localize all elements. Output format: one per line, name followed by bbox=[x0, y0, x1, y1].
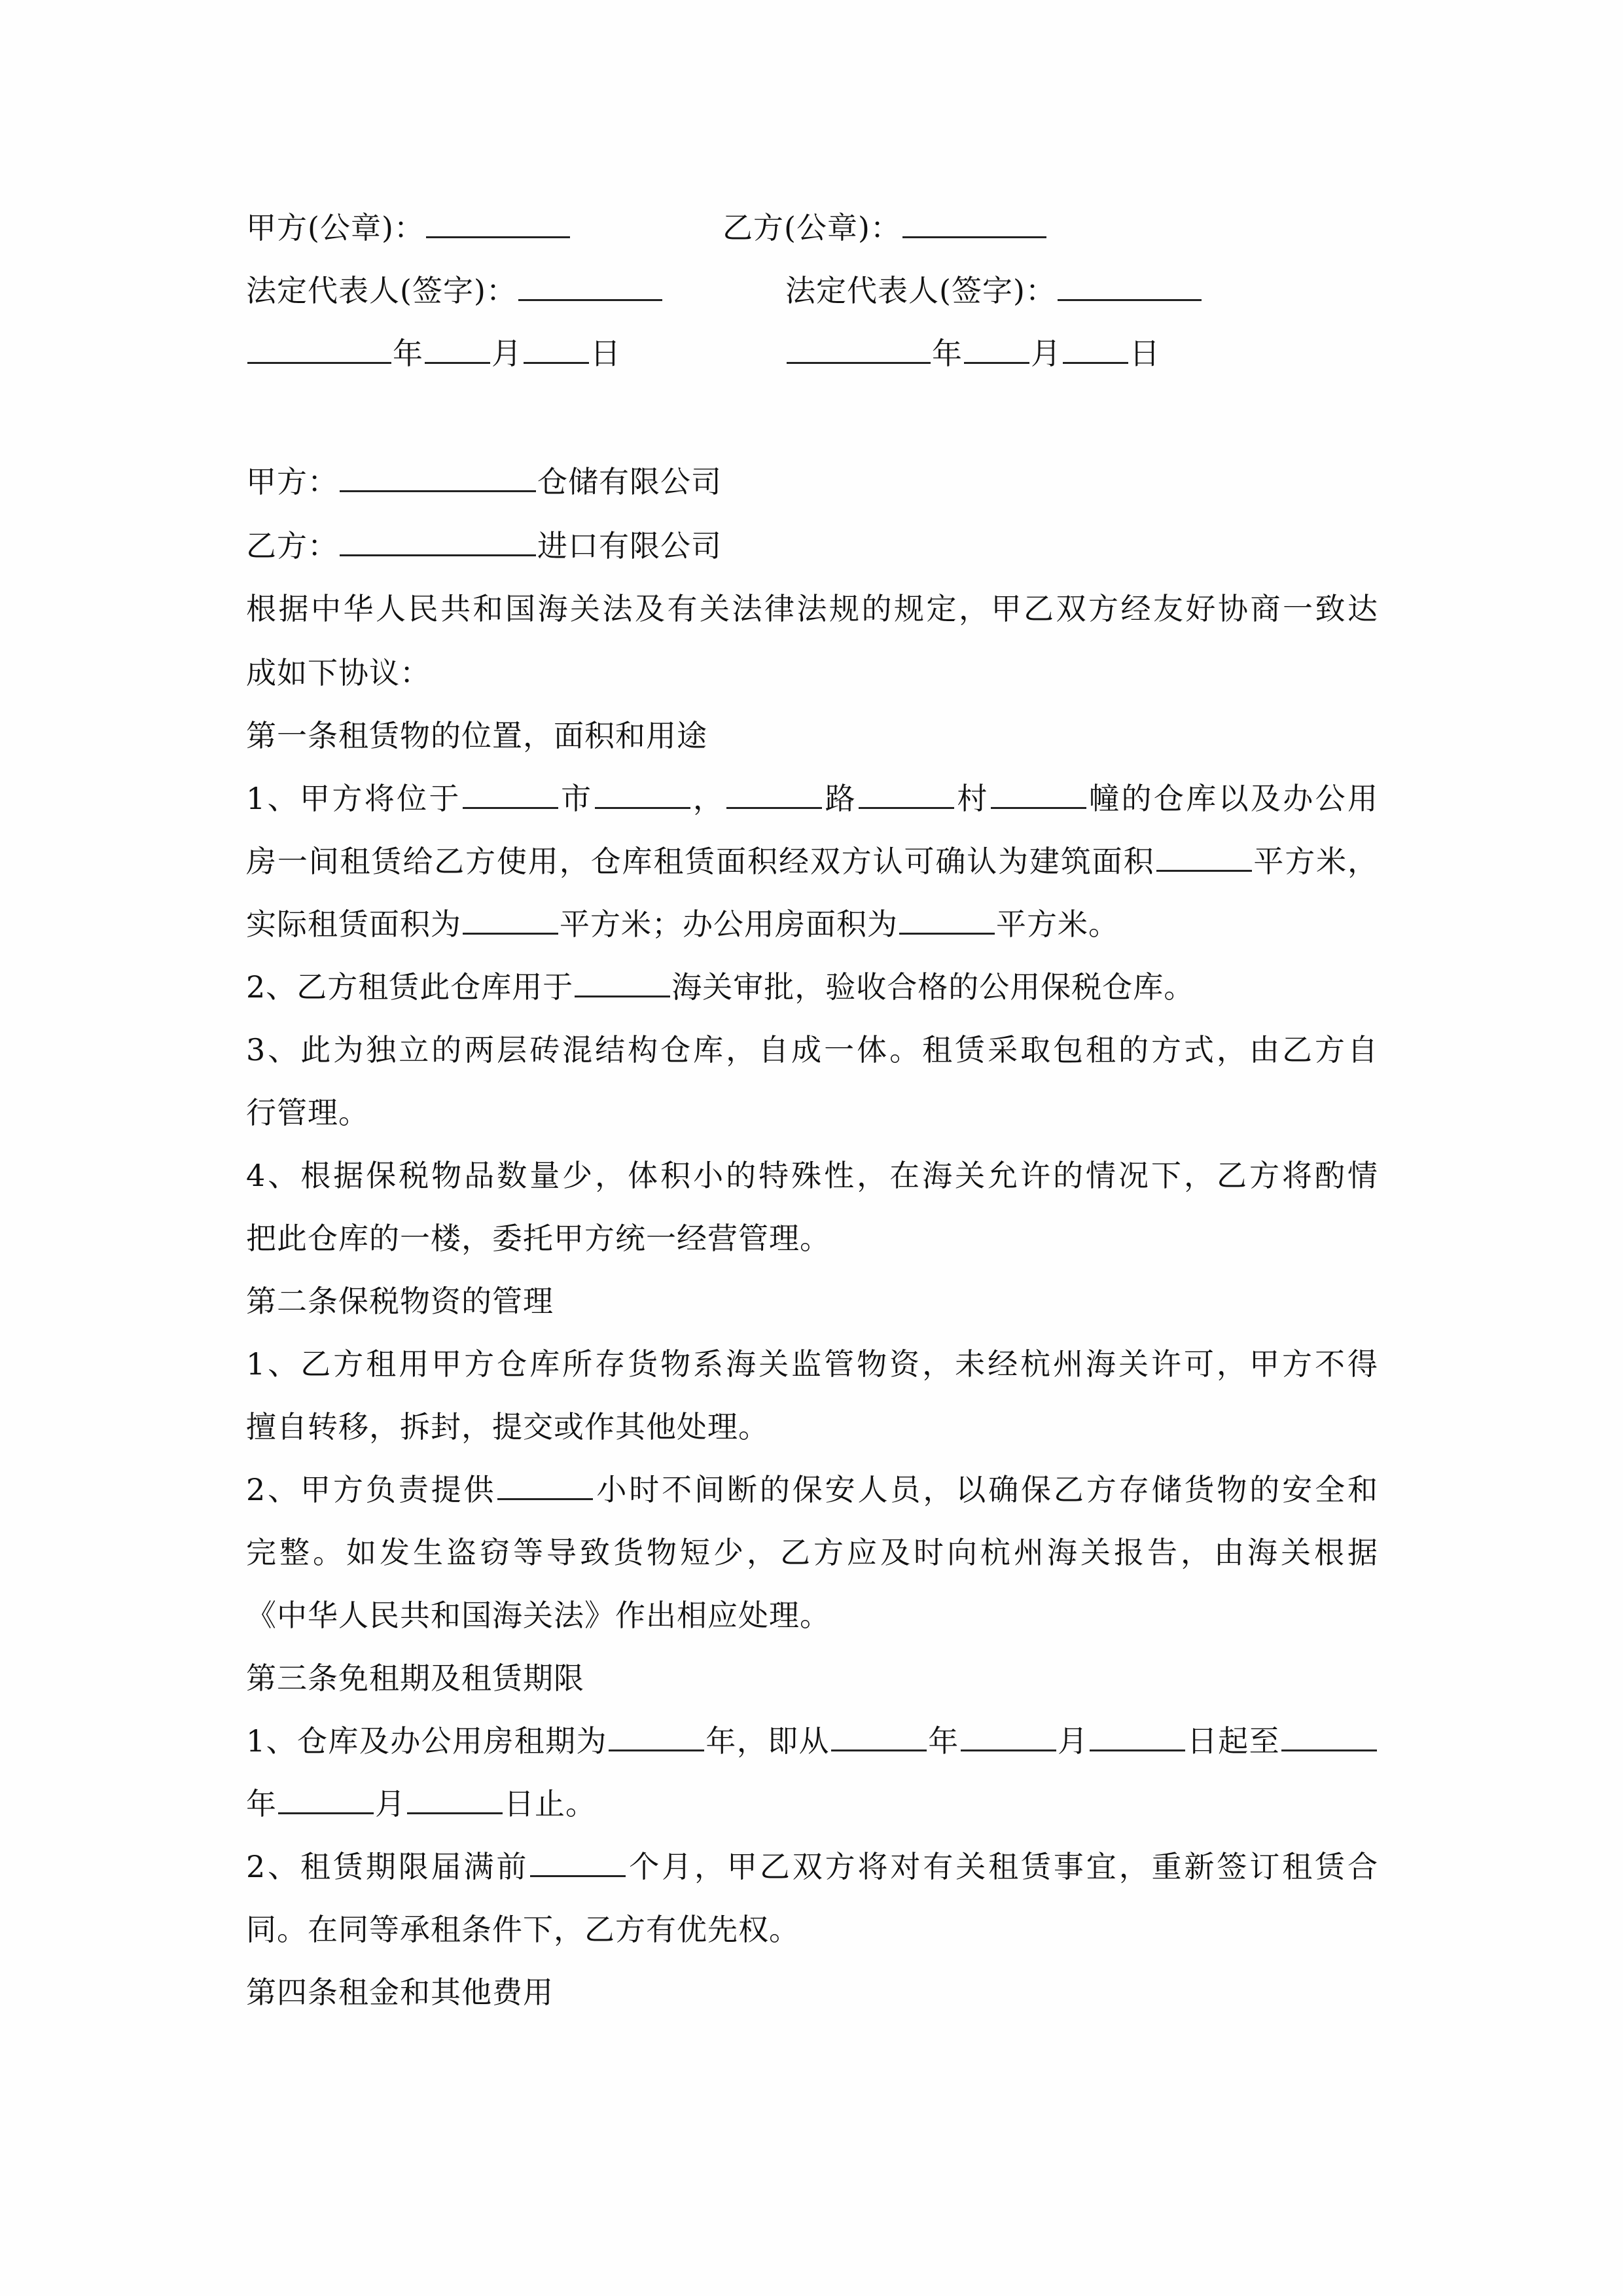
actual-area-blank[interactable] bbox=[463, 906, 558, 935]
text-segment: 房一间租赁给乙方使用，仓库租赁面积经双方认可确认为建筑面积 bbox=[246, 844, 1155, 879]
article-1-clause-3-line-2: 行管理。 bbox=[246, 1093, 369, 1132]
party-b-seal-label: 乙方(公章)： bbox=[722, 210, 901, 245]
village-blank[interactable] bbox=[859, 781, 954, 809]
end-month-blank[interactable] bbox=[278, 1786, 374, 1814]
date-b-year-blank[interactable] bbox=[787, 336, 931, 364]
legal-rep-b-label: 法定代表人(签字)： bbox=[785, 273, 1056, 308]
preamble-line-1: 根据中华人民共和国海关法及有关法律法规的规定，甲乙双方经友好协商一致达 bbox=[246, 589, 1378, 628]
date-b-row: 年月日 bbox=[785, 334, 1160, 373]
article-3-clause-1-line-2: 年月日止。 bbox=[246, 1784, 596, 1823]
article-1-clause-2: 2、乙方租赁此仓库用于海关审批，验收合格的公用保税仓库。 bbox=[246, 967, 1194, 1007]
party-b-row: 乙方：进口有限公司 bbox=[246, 526, 722, 565]
text-segment: 年 bbox=[928, 1723, 959, 1759]
date-b-day-blank[interactable] bbox=[1063, 336, 1128, 364]
party-b-seal-blank[interactable] bbox=[902, 210, 1046, 238]
text-segment: 年 bbox=[246, 1786, 277, 1821]
legal-rep-b-row: 法定代表人(签字)： bbox=[785, 271, 1203, 310]
hours-blank[interactable] bbox=[497, 1472, 593, 1500]
article-2-clause-2-line-3: 《中华人民共和国海关法》作出相应处理。 bbox=[246, 1596, 830, 1635]
year-label: 年 bbox=[393, 336, 423, 371]
day-label: 日 bbox=[1130, 336, 1160, 371]
text-segment: 月 bbox=[1058, 1723, 1089, 1759]
day-label: 日 bbox=[590, 336, 621, 371]
article-3-title: 第三条免租期及租赁期限 bbox=[246, 1659, 584, 1698]
party-a-seal-blank[interactable] bbox=[426, 210, 570, 238]
legal-rep-a-blank[interactable] bbox=[518, 273, 662, 301]
party-a-label: 甲方： bbox=[246, 464, 338, 499]
year-label: 年 bbox=[932, 336, 963, 371]
text-segment: 村 bbox=[955, 781, 990, 816]
article-4-title: 第四条租金和其他费用 bbox=[246, 1973, 554, 2012]
preamble-line-2: 成如下协议： bbox=[246, 653, 431, 692]
article-2-clause-2-line-2: 完整。如发生盗窃等导致货物短少，乙方应及时向杭州海关报告，由海关根据 bbox=[246, 1533, 1378, 1572]
article-1-clause-4-line-1: 4、根据保税物品数量少，体积小的特殊性，在海关允许的情况下，乙方将酌情 bbox=[246, 1156, 1378, 1195]
article-2-clause-2-line-1: 2、甲方负责提供小时不间断的保安人员，以确保乙方存储货物的安全和 bbox=[246, 1470, 1378, 1509]
article-1-clause-4-line-2: 把此仓库的一楼，委托甲方统一经营管理。 bbox=[246, 1219, 830, 1258]
month-label: 月 bbox=[1031, 336, 1061, 371]
text-segment: 小时不间断的保安人员，以确保乙方存储货物的安全和 bbox=[594, 1472, 1378, 1507]
text-segment: 2、甲方负责提供 bbox=[246, 1472, 496, 1507]
building-area-blank[interactable] bbox=[1156, 844, 1252, 872]
article-3-clause-1-line-1: 1、仓库及办公用房租期为年，即从年月日起至 bbox=[246, 1721, 1378, 1761]
party-b-suffix: 进口有限公司 bbox=[537, 528, 722, 564]
article-3-clause-2-line-1: 2、租赁期限届满前个月，甲乙双方将对有关租赁事宜，重新签订租赁合 bbox=[246, 1847, 1378, 1886]
text-segment: 平方米， bbox=[1253, 844, 1379, 879]
text-segment: 实际租赁面积为 bbox=[246, 906, 461, 942]
building-blank[interactable] bbox=[991, 781, 1086, 809]
article-2-title: 第二条保税物资的管理 bbox=[246, 1282, 554, 1321]
end-year-blank[interactable] bbox=[1281, 1723, 1377, 1751]
legal-rep-b-blank[interactable] bbox=[1058, 273, 1202, 301]
article-1-title: 第一条租赁物的位置，面积和用途 bbox=[246, 716, 707, 755]
date-a-year-blank[interactable] bbox=[247, 336, 391, 364]
text-segment: 1、甲方将位于 bbox=[246, 781, 461, 816]
party-b-label: 乙方： bbox=[246, 528, 338, 564]
text-segment: 日止。 bbox=[504, 1786, 596, 1821]
customs-blank[interactable] bbox=[575, 969, 670, 997]
party-a-seal-row: 甲方(公章)： bbox=[246, 208, 571, 247]
date-a-day-blank[interactable] bbox=[524, 336, 589, 364]
article-1-clause-1-line-3: 实际租赁面积为平方米；办公用房面积为平方米。 bbox=[246, 905, 1119, 944]
legal-rep-a-row: 法定代表人(签字)： bbox=[246, 271, 664, 310]
text-segment: 2、租赁期限届满前 bbox=[246, 1849, 529, 1884]
party-a-row: 甲方：仓储有限公司 bbox=[246, 462, 722, 501]
party-b-seal-row: 乙方(公章)： bbox=[722, 208, 1048, 247]
date-a-month-blank[interactable] bbox=[425, 336, 490, 364]
text-segment: 日起至 bbox=[1186, 1723, 1280, 1759]
start-month-blank[interactable] bbox=[961, 1723, 1056, 1751]
end-day-blank[interactable] bbox=[407, 1786, 503, 1814]
party-a-seal-label: 甲方(公章)： bbox=[246, 210, 425, 245]
term-years-blank[interactable] bbox=[609, 1723, 704, 1751]
road-blank[interactable] bbox=[726, 781, 822, 809]
date-b-month-blank[interactable] bbox=[964, 336, 1029, 364]
text-segment: 2、乙方租赁此仓库用于 bbox=[246, 969, 573, 1005]
text-segment: 个月，甲乙双方将对有关租赁事宜，重新签订租赁合 bbox=[627, 1849, 1378, 1884]
text-segment: 海关审批，验收合格的公用保税仓库。 bbox=[671, 969, 1194, 1005]
text-segment: 平方米；办公用房面积为 bbox=[560, 906, 898, 942]
article-1-clause-3-line-1: 3、此为独立的两层砖混结构仓库，自成一体。租赁采取包租的方式，由乙方自 bbox=[246, 1030, 1378, 1069]
document-page: 甲方(公章)： 乙方(公章)： 法定代表人(签字)： 法定代表人(签字)： 年月… bbox=[0, 0, 1623, 2296]
text-segment: 平方米。 bbox=[996, 906, 1119, 942]
city-blank[interactable] bbox=[463, 781, 558, 809]
article-2-clause-1-line-1: 1、乙方租用甲方仓库所存货物系海关监管物资，未经杭州海关许可，甲方不得 bbox=[246, 1344, 1378, 1384]
legal-rep-a-label: 法定代表人(签字)： bbox=[246, 273, 517, 308]
months-before-blank[interactable] bbox=[530, 1849, 626, 1877]
article-3-clause-2-line-2: 同。在同等承租条件下，乙方有优先权。 bbox=[246, 1910, 800, 1949]
text-segment: 市 bbox=[560, 781, 594, 816]
text-segment: 年，即从 bbox=[705, 1723, 830, 1759]
district-blank[interactable] bbox=[595, 781, 690, 809]
text-segment: 幢的仓库以及办公用 bbox=[1088, 781, 1378, 816]
article-1-clause-1-line-1: 1、甲方将位于市，路村幢的仓库以及办公用 bbox=[246, 779, 1378, 818]
party-a-suffix: 仓储有限公司 bbox=[537, 464, 722, 499]
party-a-name-blank[interactable] bbox=[340, 464, 536, 492]
month-label: 月 bbox=[491, 336, 522, 371]
article-2-clause-1-line-2: 擅自转移，拆封，提交或作其他处理。 bbox=[246, 1407, 769, 1446]
start-day-blank[interactable] bbox=[1090, 1723, 1185, 1751]
office-area-blank[interactable] bbox=[899, 906, 995, 935]
text-segment: 月 bbox=[375, 1786, 406, 1821]
party-b-name-blank[interactable] bbox=[340, 528, 536, 556]
text-segment: 1、仓库及办公用房租期为 bbox=[246, 1723, 607, 1759]
article-1-clause-1-line-2: 房一间租赁给乙方使用，仓库租赁面积经双方认可确认为建筑面积平方米， bbox=[246, 842, 1378, 881]
start-year-blank[interactable] bbox=[831, 1723, 927, 1751]
text-segment: 路 bbox=[823, 781, 857, 816]
date-a-row: 年月日 bbox=[246, 334, 621, 373]
text-segment: ， bbox=[692, 781, 726, 816]
